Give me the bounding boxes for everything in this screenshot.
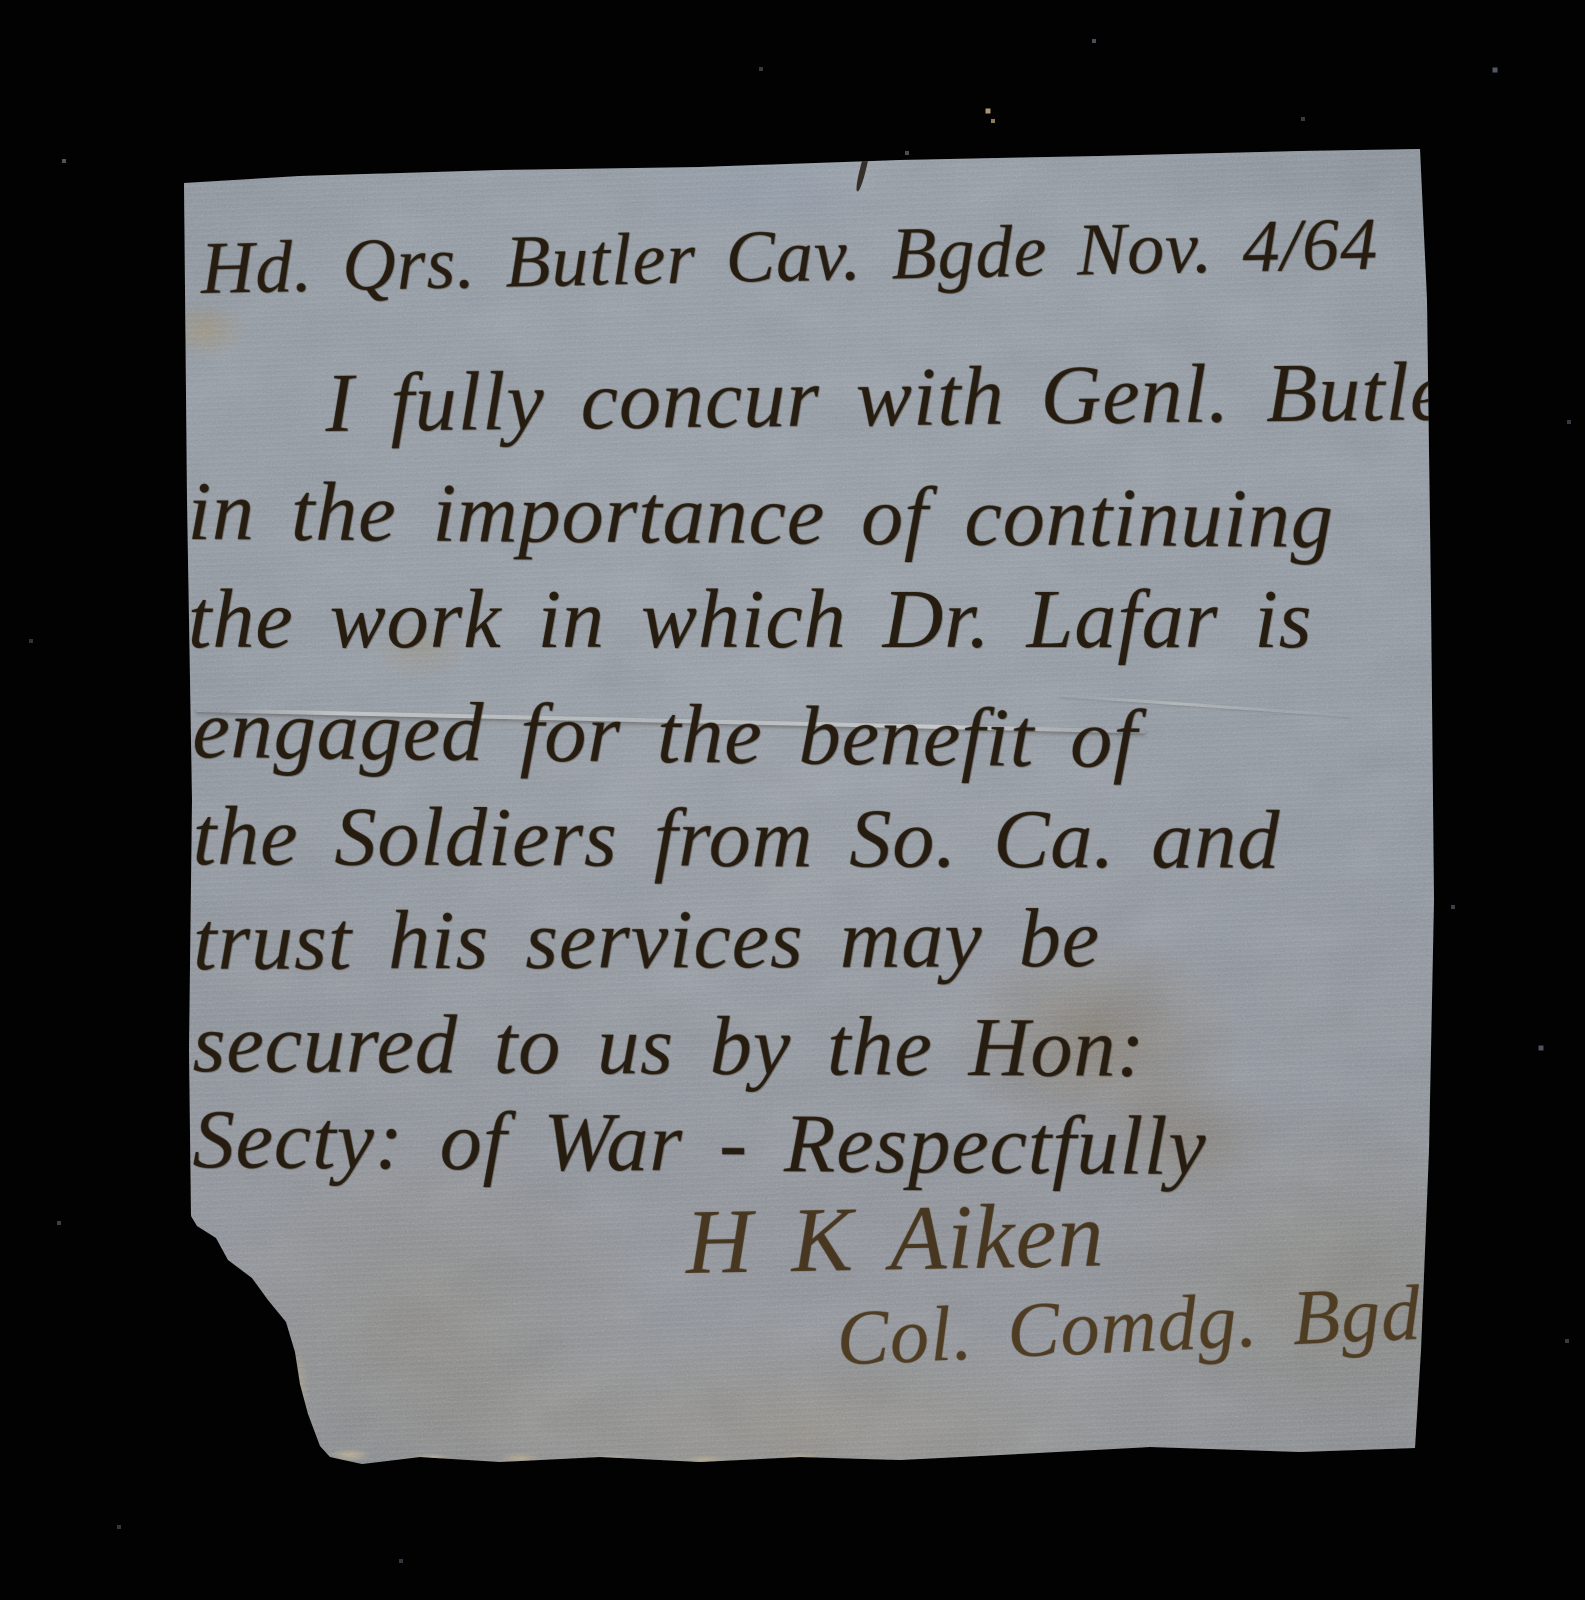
cut-off-ink-mark — [855, 146, 872, 192]
letter-body-line: trust his services may be — [193, 897, 1100, 984]
letter-body-line: Secty: of War - Respectfully — [192, 1098, 1206, 1189]
letter-body-line: engaged for the benefit of — [192, 688, 1138, 782]
letter-body-line: the Soldiers from So. Ca. and — [193, 795, 1281, 883]
scan-background: Hd. Qrs. Butler Cav. Bgde Nov. 4/64 I fu… — [0, 0, 1585, 1600]
signature: H K Aiken — [685, 1189, 1105, 1288]
letter-paper: Hd. Qrs. Butler Cav. Bgde Nov. 4/64 I fu… — [0, 0, 1585, 1600]
letter-heading-dateline: Hd. Qrs. Butler Cav. Bgde Nov. 4/64 — [200, 207, 1379, 306]
letter-body-line: secured to us by the Hon: — [193, 1002, 1146, 1091]
dust-specks — [0, 0, 2, 2]
letter-body-line: the work in which Dr. Lafar is — [188, 578, 1312, 662]
letter-body-line: in the importance of continuing — [187, 470, 1334, 562]
letter-body-line: I fully concur with Genl. Butler — [325, 350, 1482, 446]
